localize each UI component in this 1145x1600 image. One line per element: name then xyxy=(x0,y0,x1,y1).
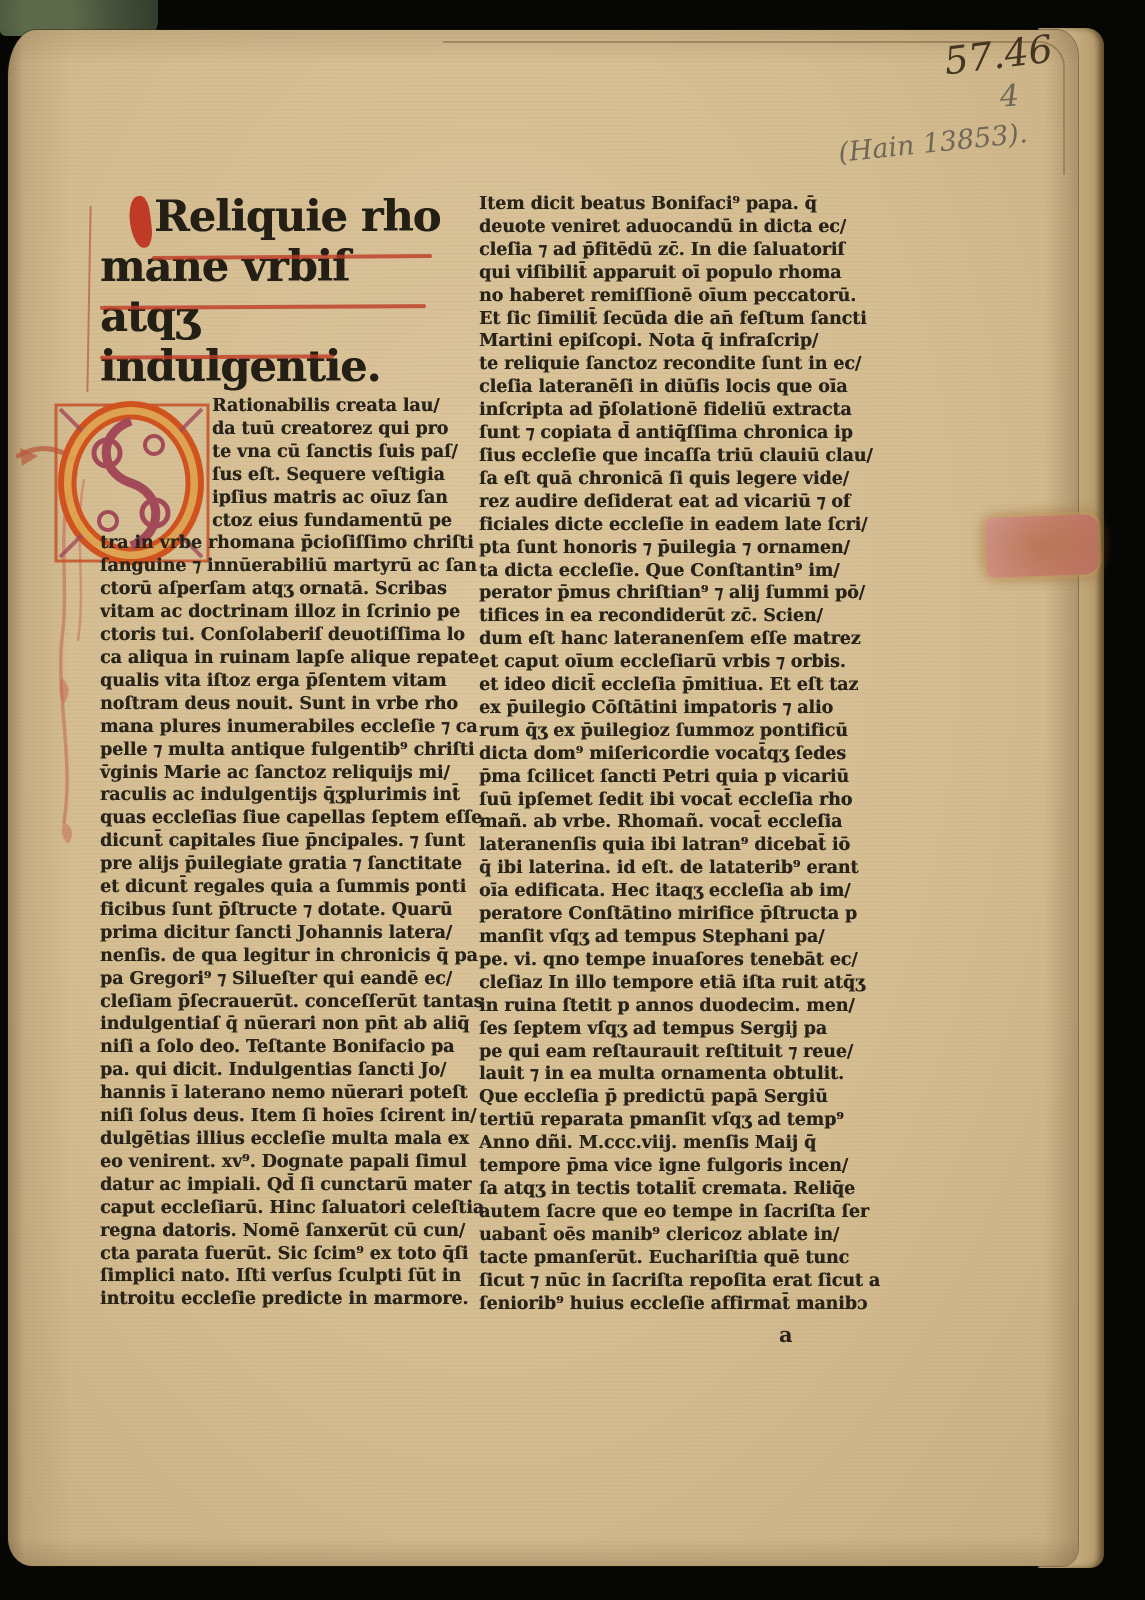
text-line: qualis vita iſtoz erga p̄ſentem vitam xyxy=(100,670,474,693)
text-line: ex p̄uilegio Cōſtātini impatoris ⁊ alio xyxy=(479,697,873,720)
text-line: cleſiam p̄ſecrauerūt. conceſſerūt tantas xyxy=(100,991,474,1014)
text-line: regna datoris. Nomē ſanxerūt cū cun/ xyxy=(100,1220,474,1243)
text-line: vitam ac doctrinam illoz in ſcrinio pe xyxy=(100,601,474,624)
text-line: tifices in ea recondiderūt zc̄. Scien/ xyxy=(479,605,873,628)
fore-edge-tab xyxy=(985,514,1099,578)
text-line: no haberet remiſſionē oīum peccatorū. xyxy=(479,285,873,308)
text-line: ſuū ipſemet ſedit ibi vocat̄ eccleſia rh… xyxy=(479,789,873,812)
text-line: v̄ginis Marie ac ſanctoz reliquijs mi/ xyxy=(100,762,474,785)
text-line: pe qui eam reſtaurauit reſtituit ⁊ reue/ xyxy=(479,1041,873,1064)
text-line: raculis ac indulgentijs q̄ʒplurimis int̄ xyxy=(100,784,474,807)
text-line: pelle ⁊ multa antique fulgentib⁹ chriſti xyxy=(100,739,474,762)
text-line: cleſia lateranēſi in diūſis locis que oī… xyxy=(479,376,873,399)
text-line: pa Gregori⁹ ⁊ Silueſter qui eandē ec/ xyxy=(100,968,474,991)
text-line: caput eccleſiarū. Hinc ſaluatori celeſti… xyxy=(100,1197,474,1220)
text-line: dum eſt hanc lateranenſem eſſe matrez xyxy=(479,628,873,651)
text-line: ſes ſeptem vſqʒ ad tempus Sergij pa xyxy=(479,1018,873,1041)
chapter-title: Reliquie rho mane vrbiſ atqʒ indulgentie… xyxy=(100,192,450,392)
text-line: tempore p̄ma vice igne fulgoris incen/ xyxy=(479,1155,873,1178)
text-line: pre alijs p̄uilegiate gratia ⁊ ſanctitat… xyxy=(100,853,474,876)
text-line: introitu eccleſie predicte in marmore. xyxy=(100,1288,474,1311)
text-line: oīa edificata. Hec itaqʒ eccleſia ab im/ xyxy=(479,880,873,903)
text-line: ficibus ſunt p̄ſtructe ⁊ dotate. Quarū xyxy=(100,899,474,922)
text-line: prima dicitur ſancti Johannis latera/ xyxy=(100,922,474,945)
text-line: ipſius matris ac oīuz ſan xyxy=(100,487,474,510)
text-line: nenſis. de qua legitur in chronicis q̄ p… xyxy=(100,945,474,968)
text-line: Item dicit beatus Bonifaci⁹ papa. q̄ xyxy=(479,193,873,216)
text-line: uabant̄ oēs manib⁹ clericoz ablate in/ xyxy=(479,1224,873,1247)
title-line: Reliquie rho xyxy=(100,192,450,242)
text-line: ctorū aſperſam atqʒ ornatā. Scribas xyxy=(100,578,474,601)
text-line: ſius eccleſie que incaſſa triū clauiū cl… xyxy=(479,445,873,468)
text-line: dicta dom⁹ miſericordie vocat̄qʒ ſedes xyxy=(479,743,873,766)
text-line: pta ſunt honoris ⁊ p̄uilegia ⁊ ornamen/ xyxy=(479,537,873,560)
text-line: da tuū creatorez qui pro xyxy=(100,418,474,441)
text-line: Que eccleſia p̄ predictū papā Sergiū xyxy=(479,1086,873,1109)
text-line: niſi a ſolo deo. Teſtante Bonifacio pa xyxy=(100,1036,474,1059)
text-line: mañ. ab vrbe. Rhomañ. vocat̄ eccleſia xyxy=(479,811,873,834)
text-line: cta parata fuerūt. Sic ſcim⁹ ex toto q̄ſ… xyxy=(100,1243,474,1266)
text-line: hannis ī laterano nemo nūerari poteſt xyxy=(100,1082,474,1105)
title-line: indulgentie. xyxy=(100,342,450,392)
left-text-column: Rationabilis creata lau/da tuū creatorez… xyxy=(100,395,474,1311)
text-line: noſtram deus nouit. Sunt in vrbe rho xyxy=(100,693,474,716)
text-line: Anno dñi. M.ccc.viij. menſis Maij q̄ xyxy=(479,1132,873,1155)
text-line: et ideo dicit̄ eccleſia p̄mitiua. Et eſt… xyxy=(479,674,873,697)
text-line: deuote veniret aduocandū in dicta ec/ xyxy=(479,216,873,239)
text-line: qui viſibilit̄ apparuit oī populo rhoma xyxy=(479,262,873,285)
text-line: mana plures inumerabiles eccleſie ⁊ ca xyxy=(100,716,474,739)
text-line: ſa eſt quā chronicā ſi quis legere vide/ xyxy=(479,468,873,491)
text-line: ſa atqʒ in tectis totalit̄ cremata. Reli… xyxy=(479,1178,873,1201)
text-line: rum q̄ʒ ex p̄uilegioz ſummoz pontificū xyxy=(479,720,873,743)
text-line: niſi ſolus deus. Item ſi hoīes ſcirent i… xyxy=(100,1105,474,1128)
text-line: ſimplici nato. Iſti verſus ſculpti ſūt i… xyxy=(100,1265,474,1288)
text-line: ca aliqua in ruinam lapſe alique repate xyxy=(100,647,474,670)
quire-signature-mark: a xyxy=(779,1322,793,1347)
incunabulum-page-scan: { "annotations": { "shelfmark": "57.46",… xyxy=(0,0,1145,1600)
text-line: ficiales dicte eccleſie in eadem late ſc… xyxy=(479,514,873,537)
handwritten-leaf-number: 4 xyxy=(999,81,1020,112)
text-line: lateranenſis quia ibi latran⁹ dicebat̄ i… xyxy=(479,834,873,857)
text-line: Rationabilis creata lau/ xyxy=(100,395,474,418)
text-line: in ruina ſtetit p annos duodecim. men/ xyxy=(479,995,873,1018)
text-line: tacte pmanſerūt. Euchariſtia quē tunc xyxy=(479,1247,873,1270)
text-line: Martini epiſcopi. Nota q̄ infraſcrip/ xyxy=(479,330,873,353)
text-line: pa. qui dicit. Indulgentias ſancti Jo/ xyxy=(100,1059,474,1082)
text-line: eo venirent. xv⁹. Dognate papali ſimul xyxy=(100,1151,474,1174)
text-line: inſcripta ad p̄ſolationē fideliū extract… xyxy=(479,399,873,422)
text-line: et caput oīum eccleſiarū vrbis ⁊ orbis. xyxy=(479,651,873,674)
text-line: manſit vſqʒ ad tempus Stephani pa/ xyxy=(479,926,873,949)
text-line: te vna cū ſanctis ſuis paſ/ xyxy=(100,441,474,464)
text-line: pe. vi. qno tempe inuaſores tenebāt ec/ xyxy=(479,949,873,972)
text-line: cleſiaz In illo tempore etiā iſta ruit a… xyxy=(479,972,873,995)
text-line: dulgētias illius eccleſie multa mala ex xyxy=(100,1128,474,1151)
text-line: ta dicta eccleſie. Que Conſtantin⁹ im/ xyxy=(479,560,873,583)
text-line: ſunt ⁊ copiata d̄ antiq̄ſſima chronica i… xyxy=(479,422,873,445)
text-line: et dicunt̄ regales quia a ſummis ponti xyxy=(100,876,474,899)
text-line: lauit ⁊ in ea multa ornamenta obtulit. xyxy=(479,1063,873,1086)
text-line: Et ſic ſimilit̄ ſecūda die an̄ feſtum ſa… xyxy=(479,308,873,331)
text-line: ſanguine ⁊ innūerabiliū martyrū ac ſan xyxy=(100,555,474,578)
text-line: quas eccleſias ſiue capellas ſeptem eſſe xyxy=(100,807,474,830)
text-line: indulgentiaſ q̄ nūerari non pn̄t ab aliq… xyxy=(100,1013,474,1036)
text-line: datur ac impiali. Qd̄ ſi cunctarū mater xyxy=(100,1174,474,1197)
text-line: p̄ma ſcilicet ſancti Petri quia p vicari… xyxy=(479,766,873,789)
text-line: rez audire deſiderat eat ad vicariū ⁊ of xyxy=(479,491,873,514)
text-line: ſicut ⁊ nūc in ſacriſta repoſita erat ſi… xyxy=(479,1270,873,1293)
text-line: dicunt̄ capitales ſiue p̄ncipales. ⁊ ſun… xyxy=(100,830,474,853)
text-line: ctoris tui. Conſolaberiſ deuotiſſima lo xyxy=(100,624,474,647)
text-line: tertiū reparata pmanſit vſqʒ ad temp⁹ xyxy=(479,1109,873,1132)
text-line: autem ſacre que eo tempe in ſacriſta ſer xyxy=(479,1201,873,1224)
text-line: ſeniorib⁹ huius eccleſie affirmat̄ manib… xyxy=(479,1293,873,1316)
text-line: te reliquie ſanctoz recondite ſunt in ec… xyxy=(479,353,873,376)
text-line: ctoz eius fundamentū pe xyxy=(100,510,474,533)
text-line: perator p̄mus chriſtian⁹ ⁊ alij ſummi pō… xyxy=(479,582,873,605)
text-line: cleſia ⁊ ad p̄fitēdū zc̄. In die ſaluato… xyxy=(479,239,873,262)
text-line: peratore Conſtātino mirifice p̄ſtructa p xyxy=(479,903,873,926)
text-line: q̄ ibi laterina. id eſt. de lataterib⁹ e… xyxy=(479,857,873,880)
text-line: tra in vrbe rhomana p̄cioſiſſimo chriſti xyxy=(100,532,474,555)
right-text-column: Item dicit beatus Bonifaci⁹ papa. q̄deuo… xyxy=(479,193,873,1315)
text-line: ſus eſt. Sequere veſtigia xyxy=(100,464,474,487)
